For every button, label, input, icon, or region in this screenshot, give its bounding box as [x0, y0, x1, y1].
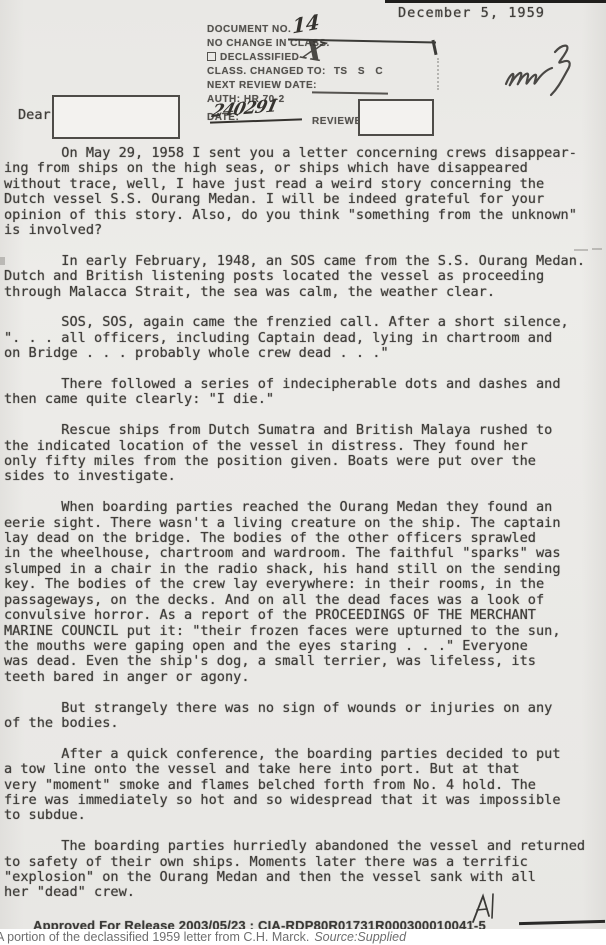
- photo-caption: A portion of the declassified 1959 lette…: [0, 929, 606, 945]
- stamp-class-changed-value: TS S C: [334, 66, 383, 77]
- paragraph-8: After a quick conference, the boarding p…: [4, 747, 602, 824]
- handwritten-document-number: 14: [292, 9, 319, 38]
- salutation: Dear: [18, 107, 51, 123]
- top-edge-rule: [385, 0, 606, 3]
- stamp-class-changed-row: CLASS. CHANGED TO:TS S C: [207, 66, 383, 77]
- stamp-next-review-label: NEXT REVIEW DATE:: [207, 80, 317, 91]
- declassified-checkbox-icon: [207, 52, 216, 61]
- paragraph-9: The boarding parties hurriedly abandoned…: [4, 839, 602, 901]
- stamp-declassified-row: DECLASSIFIED: [207, 52, 299, 63]
- paragraph-6: When boarding parties reached the Ourang…: [4, 500, 602, 685]
- paragraph-5: Rescue ships from Dutch Sumatra and Brit…: [4, 423, 602, 485]
- paragraph-2: In early February, 1948, an SOS came fro…: [4, 254, 602, 300]
- letter-body: On May 29, 1958 I sent you a letter conc…: [4, 146, 602, 916]
- approval-tail-line: [519, 920, 605, 925]
- stamp-document-no-label: DOCUMENT NO.: [207, 24, 291, 35]
- caption-source: Source:Supplied: [314, 930, 406, 944]
- paragraph-4: There followed a series of indecipherabl…: [4, 377, 602, 408]
- caption-text: A portion of the declassified 1959 lette…: [0, 930, 309, 944]
- paragraph-3: SOS, SOS, again came the frenzied call. …: [4, 315, 602, 361]
- scan-dots-artifact: [437, 58, 439, 90]
- stamp-declassified-label: DECLASSIFIED: [220, 52, 299, 63]
- approval-scribble-mark: [466, 888, 508, 926]
- signature-scribble: [498, 38, 590, 102]
- scan-artifact-mark: [0, 257, 5, 265]
- paragraph-1: On May 29, 1958 I sent you a letter conc…: [4, 146, 602, 238]
- paragraph-7: But strangely there was no sign of wound…: [4, 701, 602, 732]
- redaction-box-reviewer: [358, 99, 434, 136]
- scan-artifact-dash: [574, 249, 588, 251]
- letter-date: December 5, 1959: [398, 5, 545, 21]
- redaction-box-recipient: [52, 95, 180, 139]
- scan-artifact-dash: [592, 248, 602, 250]
- scanned-letter-page: December 5, 1959 DOCUMENT NO. NO CHANGE …: [0, 0, 606, 945]
- stamp-class-changed-label: CLASS. CHANGED TO:: [207, 66, 326, 77]
